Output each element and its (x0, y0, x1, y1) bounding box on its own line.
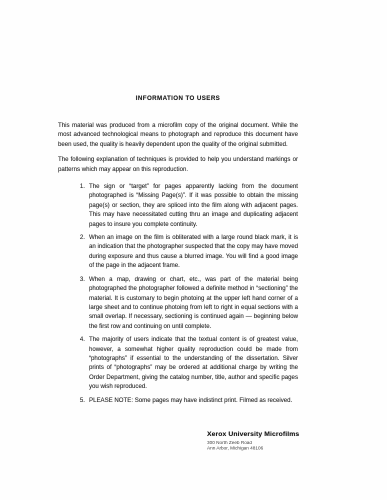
document-content: INFORMATION TO USERS This material was p… (58, 95, 298, 409)
list-item-text: The sign or “target” for pages apparentl… (89, 183, 298, 228)
list-item-number: 2. (58, 233, 85, 242)
list-item: 3. When a map, drawing or chart, etc., w… (58, 275, 298, 331)
document-page: INFORMATION TO USERS This material was p… (0, 0, 387, 500)
list-item-text: When a map, drawing or chart, etc., was … (89, 276, 298, 330)
list-item: 1. The sign or “target” for pages appare… (58, 182, 298, 229)
publisher-address: 300 North Zeeb Road Ann Arbor, Michigan … (207, 441, 316, 452)
instructions-list: 1. The sign or “target” for pages appare… (58, 182, 298, 405)
publisher-address-line2: Ann Arbor, Michigan 48106 (207, 447, 316, 453)
list-item-number: 4. (58, 335, 85, 344)
list-item-number: 5. (58, 396, 85, 405)
list-item: 4. The majority of users indicate that t… (58, 335, 298, 391)
intro-paragraph-2: The following explanation of techniques … (58, 155, 298, 174)
publisher-signature: Xerox University Microfilms 300 North Ze… (207, 431, 347, 455)
list-item: 5. PLEASE NOTE: Some pages may have indi… (58, 396, 298, 405)
list-item-text: When an image on the film is obliterated… (89, 234, 298, 269)
intro-paragraph-1: This material was produced from a microf… (58, 121, 298, 149)
list-item: 2. When an image on the film is oblitera… (58, 233, 298, 271)
list-item-text: PLEASE NOTE: Some pages may have indisti… (89, 397, 292, 404)
publisher-name: Xerox University Microfilms (207, 431, 347, 439)
page-title: INFORMATION TO USERS (58, 95, 298, 103)
list-item-text: The majority of users indicate that the … (89, 336, 298, 390)
list-item-number: 3. (58, 275, 85, 284)
list-item-number: 1. (58, 182, 85, 191)
